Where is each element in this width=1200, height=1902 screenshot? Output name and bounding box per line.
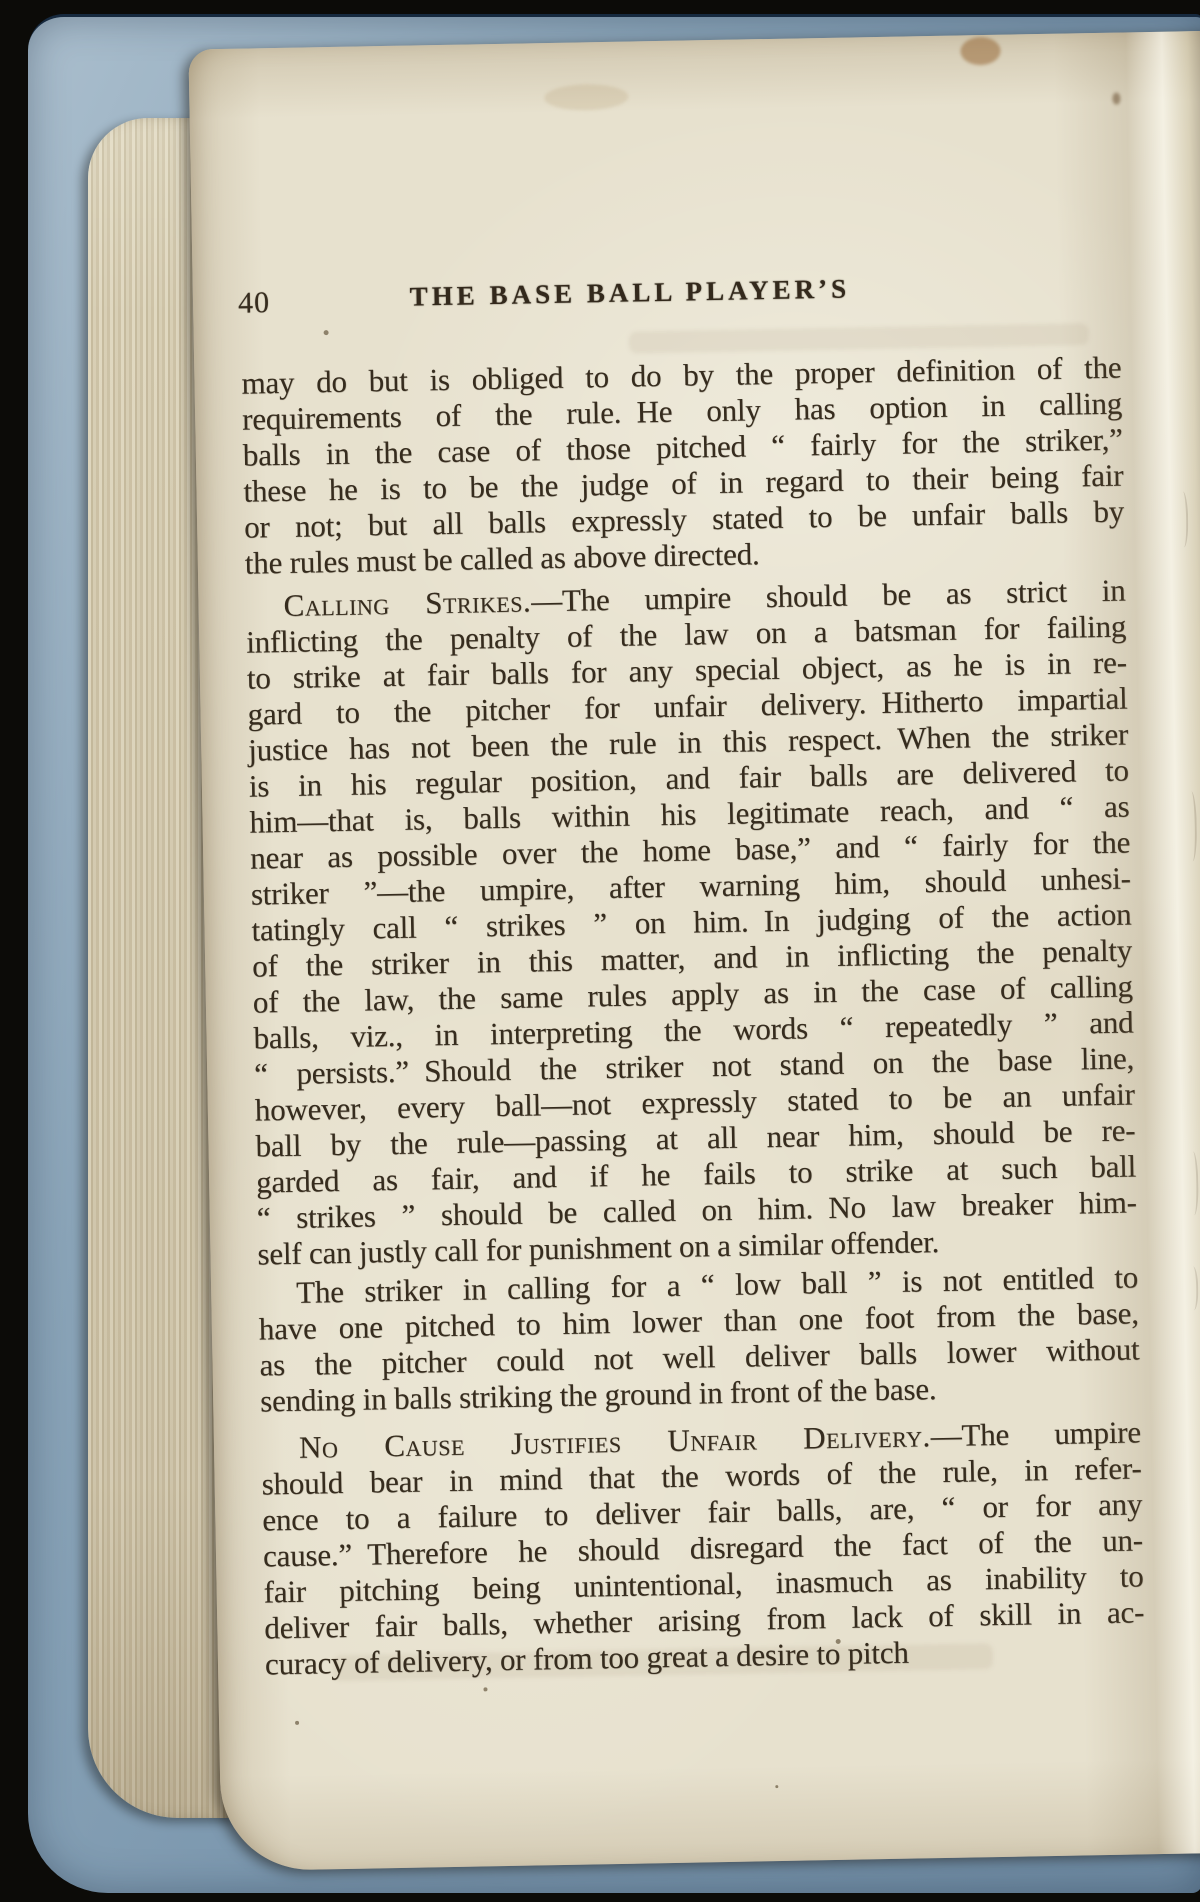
speck <box>483 1687 487 1691</box>
paragraph: Calling Strikes.—The umpire should be as… <box>245 573 1137 1273</box>
speck <box>775 1785 778 1788</box>
paragraph: The striker in calling for a “ low ball … <box>258 1259 1140 1419</box>
paragraph: may do but is obliged to do by the prope… <box>241 350 1125 582</box>
running-title: THE BASE BALL PLAYER’S <box>240 270 1020 315</box>
page-edge-crease <box>1190 1266 1199 1310</box>
small-caps-heading: Calling Strikes. <box>283 583 531 623</box>
page-edge-crease <box>1180 491 1189 547</box>
stain <box>960 37 1001 66</box>
page-edge-crease <box>1188 791 1197 861</box>
paragraph: No Cause Justifies Unfair Delivery.—The … <box>261 1414 1145 1682</box>
page-content: 40 THE BASE BALL PLAYER’S may do but is … <box>240 265 1146 1683</box>
scanned-book-photo: 40 THE BASE BALL PLAYER’S may do but is … <box>0 0 1200 1902</box>
page-header: 40 THE BASE BALL PLAYER’S <box>240 265 1121 321</box>
stain <box>544 84 628 112</box>
book-page: 40 THE BASE BALL PLAYER’S may do but is … <box>188 31 1200 1872</box>
speck <box>295 1721 299 1725</box>
body-text: may do but is obliged to do by the prope… <box>241 350 1145 1683</box>
stain <box>1112 93 1120 105</box>
page-edge-crease <box>1190 1151 1199 1215</box>
text-segment: —The umpire <box>930 1414 1141 1453</box>
